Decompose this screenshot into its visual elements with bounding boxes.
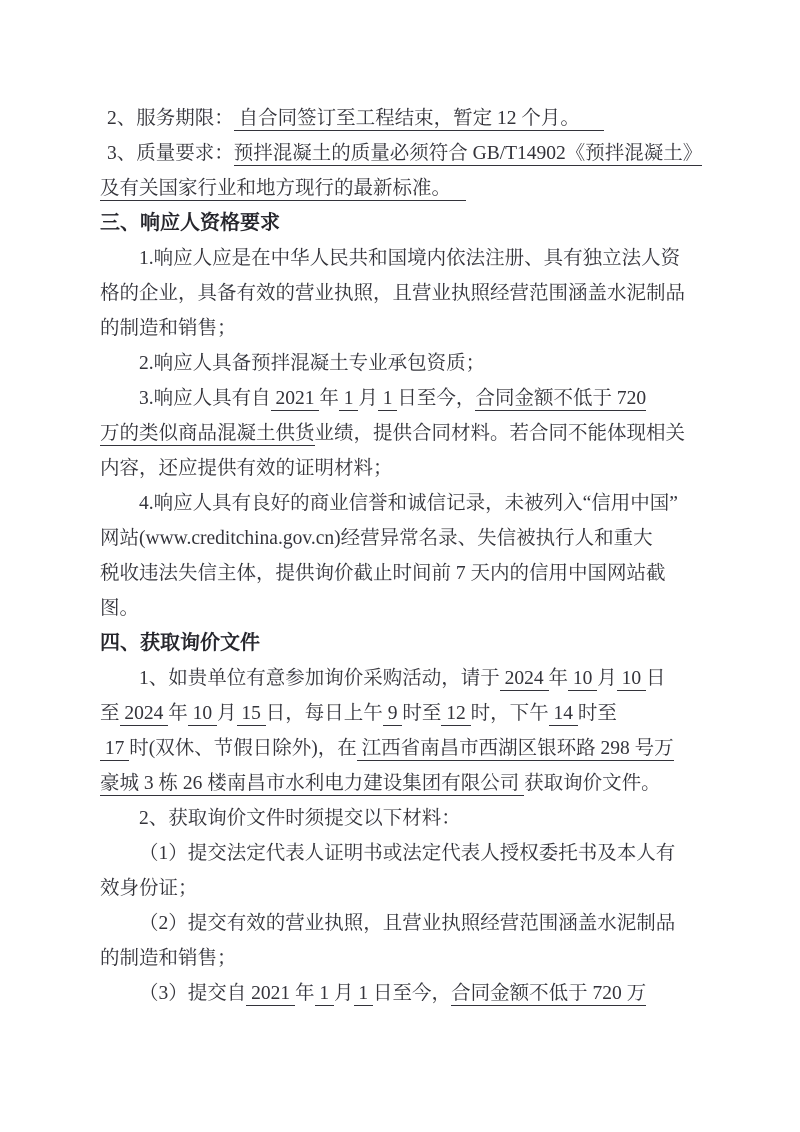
underlined-field: 1 bbox=[378, 388, 398, 411]
text-run: 月 bbox=[358, 388, 378, 409]
text-line: 税收违法失信主体，提供询价截止时间前 7 天内的信用中国网站截 bbox=[100, 556, 708, 591]
text-line: 图。 bbox=[100, 591, 708, 626]
text-run: （3）提交自 bbox=[139, 983, 246, 1004]
underlined-field: 2021 bbox=[246, 983, 295, 1006]
text-run: 内容，还应提供有效的证明材料； bbox=[100, 458, 393, 479]
underlined-field: 万的类似商品混凝土供货 bbox=[100, 423, 315, 446]
text-run: 时(双休、节假日除外)，在 bbox=[129, 738, 357, 759]
underlined-field: 10 bbox=[617, 668, 646, 691]
text-line: 2、获取询价文件时须提交以下材料： bbox=[100, 801, 708, 836]
underlined-field: 1 bbox=[354, 983, 374, 1006]
text-run: 2、获取询价文件时须提交以下材料： bbox=[139, 808, 461, 829]
text-line: 及有关国家行业和地方现行的最新标准。 bbox=[100, 171, 708, 206]
text-line: 的制造和销售； bbox=[100, 941, 708, 976]
text-run: 月 bbox=[334, 983, 354, 1004]
text-run: 四、获取询价文件 bbox=[100, 632, 260, 654]
underlined-field: 合同金额不低于 720 万 bbox=[451, 983, 646, 1006]
text-run: 业绩，提供合同材料。若合同不能体现相关 bbox=[315, 423, 686, 444]
underlined-field: 10 bbox=[568, 668, 597, 691]
text-run: 年 bbox=[319, 388, 339, 409]
text-line: （2）提交有效的营业执照，且营业执照经营范围涵盖水泥制品 bbox=[100, 906, 708, 941]
text-run: 格的企业，具备有效的营业执照，且营业执照经营范围涵盖水泥制品 bbox=[100, 283, 685, 304]
underlined-field: 1 bbox=[315, 983, 335, 1006]
underlined-field: 1 bbox=[339, 388, 359, 411]
underlined-field: 15 bbox=[237, 703, 266, 726]
text-run: 获取询价文件。 bbox=[524, 773, 661, 794]
text-line: 2、服务期限： 自合同签订至工程结束，暂定 12 个月。 bbox=[100, 101, 708, 136]
text-run: 2.响应人具备预拌混凝土专业承包资质； bbox=[139, 353, 485, 374]
text-run: 日，每日上午 bbox=[266, 703, 383, 724]
underlined-field: 预拌混凝土的质量必须符合 GB/T14902《预拌混凝土》 bbox=[234, 143, 703, 166]
text-line: 4.响应人具有良好的商业信誉和诚信记录，未被列入“信用中国” bbox=[100, 486, 708, 521]
text-run: （2）提交有效的营业执照，且营业执照经营范围涵盖水泥制品 bbox=[139, 913, 675, 934]
underlined-field: 2024 bbox=[120, 703, 169, 726]
underlined-field: 及有关国家行业和地方现行的最新标准。 bbox=[100, 178, 466, 201]
text-run: 月 bbox=[217, 703, 237, 724]
text-line: （1）提交法定代表人证明书或法定代表人授权委托书及本人有 bbox=[100, 836, 708, 871]
text-run: 日至今， bbox=[397, 388, 475, 409]
text-run: 时至 bbox=[578, 703, 617, 724]
underlined-field: 10 bbox=[188, 703, 217, 726]
text-line: 豪城 3 栋 26 楼南昌市水利电力建设集团有限公司 获取询价文件。 bbox=[100, 766, 708, 801]
text-run: 图。 bbox=[100, 598, 139, 619]
underlined-field: 江西省南昌市西湖区银环路 298 号万 bbox=[357, 738, 674, 761]
text-run: 1、如贵单位有意参加询价采购活动，请于 bbox=[139, 668, 500, 689]
text-run: 年 bbox=[549, 668, 569, 689]
text-run: 2、服务期限： bbox=[107, 108, 234, 129]
text-run: 至 bbox=[100, 703, 120, 724]
underlined-field: 9 bbox=[383, 703, 403, 726]
section-heading: 三、响应人资格要求 bbox=[100, 206, 708, 241]
text-run: 日至今， bbox=[373, 983, 451, 1004]
text-line: 网站(www.creditchina.gov.cn)经营异常名录、失信被执行人和… bbox=[100, 521, 708, 556]
text-run: 税收违法失信主体，提供询价截止时间前 7 天内的信用中国网站截 bbox=[100, 563, 666, 584]
text-line: 1.响应人应是在中华人民共和国境内依法注册、具有独立法人资 bbox=[100, 241, 708, 276]
underlined-field: 豪城 3 栋 26 楼南昌市水利电力建设集团有限公司 bbox=[100, 773, 524, 796]
text-run: 效身份证； bbox=[100, 878, 198, 899]
text-run: 时至 bbox=[402, 703, 441, 724]
underlined-field: 17 bbox=[100, 738, 129, 761]
text-line: 格的企业，具备有效的营业执照，且营业执照经营范围涵盖水泥制品 bbox=[100, 276, 708, 311]
text-line: 内容，还应提供有效的证明材料； bbox=[100, 451, 708, 486]
text-line: 的制造和销售； bbox=[100, 311, 708, 346]
section-heading: 四、获取询价文件 bbox=[100, 626, 708, 661]
text-run: 的制造和销售； bbox=[100, 948, 237, 969]
text-line: 效身份证； bbox=[100, 871, 708, 906]
text-line: （3）提交自 2021 年 1 月 1 日至今，合同金额不低于 720 万 bbox=[100, 976, 708, 1011]
text-run: 年 bbox=[295, 983, 315, 1004]
text-run: 3.响应人具有自 bbox=[139, 388, 271, 409]
text-line: 1、如贵单位有意参加询价采购活动，请于 2024 年 10 月 10 日 bbox=[100, 661, 708, 696]
text-run: 月 bbox=[597, 668, 617, 689]
underlined-field: 2024 bbox=[500, 668, 549, 691]
text-line: 3、质量要求：预拌混凝土的质量必须符合 GB/T14902《预拌混凝土》 bbox=[100, 136, 708, 171]
text-line: 17 时(双休、节假日除外)，在 江西省南昌市西湖区银环路 298 号万 bbox=[100, 731, 708, 766]
underlined-field: 14 bbox=[549, 703, 578, 726]
underlined-field: 2021 bbox=[271, 388, 320, 411]
text-run: 年 bbox=[168, 703, 188, 724]
document-page: 2、服务期限： 自合同签订至工程结束，暂定 12 个月。 3、质量要求：预拌混凝… bbox=[0, 0, 800, 1132]
underlined-field: 12 bbox=[441, 703, 470, 726]
text-run: 3、质量要求： bbox=[107, 143, 234, 164]
text-line: 2.响应人具备预拌混凝土专业承包资质； bbox=[100, 346, 708, 381]
text-run: （1）提交法定代表人证明书或法定代表人授权委托书及本人有 bbox=[139, 843, 675, 864]
underlined-field: 自合同签订至工程结束，暂定 12 个月。 bbox=[234, 108, 605, 131]
text-run: 1.响应人应是在中华人民共和国境内依法注册、具有独立法人资 bbox=[139, 248, 680, 269]
text-run: 的制造和销售； bbox=[100, 318, 237, 339]
text-run: 时，下午 bbox=[471, 703, 549, 724]
text-line: 3.响应人具有自 2021 年 1 月 1 日至今，合同金额不低于 720 bbox=[100, 381, 708, 416]
text-run: 网站(www.creditchina.gov.cn)经营异常名录、失信被执行人和… bbox=[100, 528, 653, 549]
text-run: 日 bbox=[646, 668, 666, 689]
text-run: 三、响应人资格要求 bbox=[100, 212, 280, 234]
underlined-field: 合同金额不低于 720 bbox=[475, 388, 646, 411]
text-line: 万的类似商品混凝土供货业绩，提供合同材料。若合同不能体现相关 bbox=[100, 416, 708, 451]
text-run: 4.响应人具有良好的商业信誉和诚信记录，未被列入“信用中国” bbox=[139, 493, 678, 514]
text-line: 至 2024 年 10 月 15 日，每日上午 9 时至 12 时，下午 14 … bbox=[100, 696, 708, 731]
